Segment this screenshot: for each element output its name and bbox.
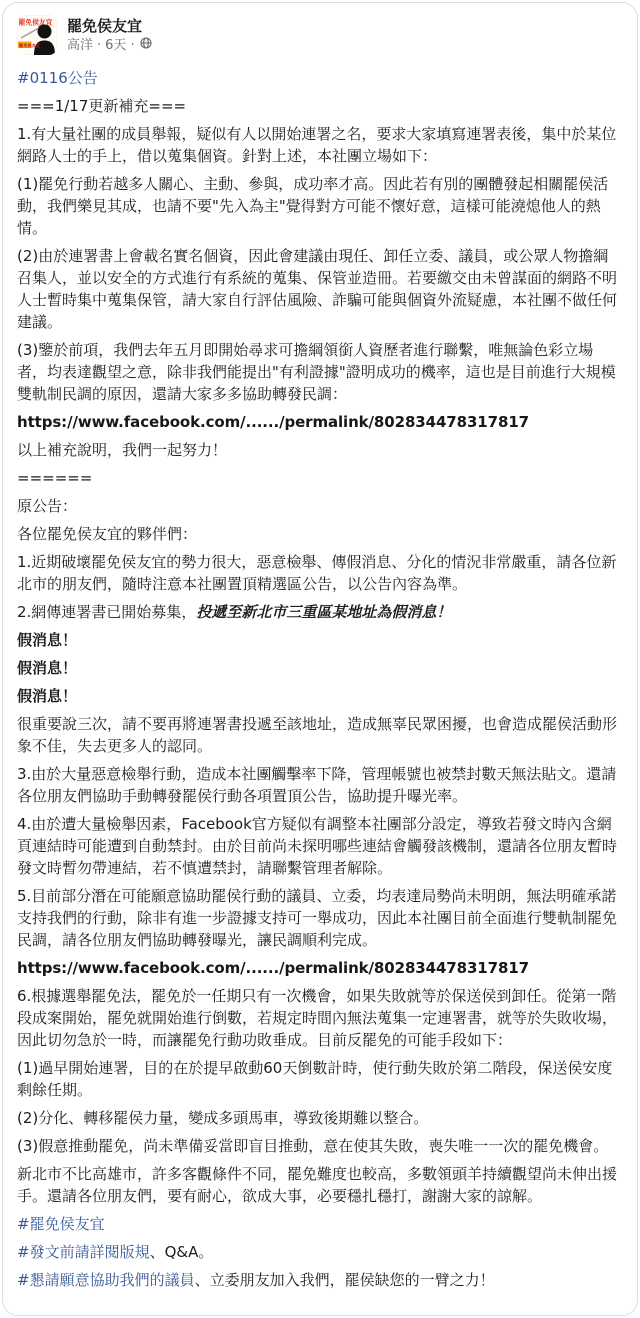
post-paragraph: (1)過早開始連署，目的在於提早啟動60天倒數計時，使行動失敗於第二階段，保送侯… [17,1057,623,1101]
post-paragraph: #0116公告 [17,67,623,89]
post-paragraph: #罷免侯友宜 [17,1213,623,1235]
post-timestamp[interactable]: 6天 [105,37,126,55]
text-segment: (3)假意推動罷免，尚未準備妥當即盲目推動，意在使其失敗，喪失唯一一次的罷免機會… [17,1137,608,1155]
poster-name[interactable]: 高洋 [67,37,93,55]
avatar-banner-text: 罷免侯友宜 [19,42,41,49]
hashtag-link[interactable]: #發文前請詳閱版規 [17,1243,150,1261]
text-segment: 2.網傳連署書已開始募集， [17,603,196,621]
text-segment: (2)分化、轉移罷侯力量，變成多頭馬車，導致後期難以整合。 [17,1109,428,1127]
post-paragraph: (1)罷免行動若越多人關心、主動、參與，成功率才高。因此若有別的團體發起相關罷侯… [17,173,623,239]
post-header: 罷免侯友宜 罷免侯友宜 罷免侯友宜 高洋 · 6天 · [17,15,623,55]
text-segment: ====== [17,469,92,487]
hashtag-link[interactable]: #0116公告 [17,69,98,87]
page-avatar[interactable]: 罷免侯友宜 罷免侯友宜 [17,15,57,55]
post-paragraph: 3.由於大量惡意檢舉行動，造成本社團觸擊率下降，管理帳號也被禁封數天無法貼文。還… [17,763,623,807]
text-segment: (1)過早開始連署，目的在於提早啟動60天倒數計時，使行動失敗於第二階段，保送侯… [17,1059,612,1099]
text-segment: ===1/17更新補充=== [17,97,186,115]
text-segment: 假消息！ [17,631,77,649]
post-paragraph: (2)分化、轉移罷侯力量，變成多頭馬車，導致後期難以整合。 [17,1107,623,1129]
post-paragraph: https://www.facebook.com/....../permalin… [17,411,623,433]
text-segment: (3)鑒於前項，我們去年五月即開始尋求可擔綱領銜人資歷者進行聯繫，唯無論色彩立場… [17,341,616,403]
post-paragraph: 2.網傳連署書已開始募集，投遞至新北市三重區某地址為假消息！ [17,601,623,623]
hashtag-link[interactable]: #罷免侯友宜 [17,1215,105,1233]
post-paragraph: 6.根據選舉罷免法，罷免於一任期只有一次機會，如果失敗就等於保送侯到卸任。從第一… [17,985,623,1051]
post-paragraph: ====== [17,467,623,489]
text-segment: 投遞至新北市三重區某地址為假消息！ [196,603,451,621]
post-meta-line: 高洋 · 6天 · [67,37,152,55]
permalink-text: https://www.facebook.com/....../permalin… [17,413,529,431]
post-paragraph: 4.由於遭大量檢舉因素，Facebook官方疑似有調整本社團部分設定，導致若發文… [17,813,623,879]
post-paragraph: 新北市不比高雄市，許多客觀條件不同，罷免難度也較高，多數領頭羊持續觀望尚未伸出援… [17,1163,623,1207]
post-paragraph: (2)由於連署書上會載名實名個資，因此會建議由現任、卸任立委、議員，或公眾人物擔… [17,245,623,333]
text-segment: 、立委朋友加入我們，罷侯缺您的一臂之力！ [195,1271,495,1289]
text-segment: 原公告： [17,497,77,515]
recall-hou-logo-icon: 罷免侯友宜 罷免侯友宜 [17,15,57,55]
text-segment: 以上補充說明，我們一起努力！ [17,441,227,459]
text-segment: 各位罷免侯友宜的夥伴們： [17,525,197,543]
post-paragraph: (3)假意推動罷免，尚未準備妥當即盲目推動，意在使其失敗，喪失唯一一次的罷免機會… [17,1135,623,1157]
post-paragraph: 很重要說三次，請不要再將連署書投遞至該地址，造成無辜民眾困擾，也會造成罷侯活動形… [17,713,623,757]
post-header-meta: 罷免侯友宜 高洋 · 6天 · [67,15,152,55]
post-paragraph: #懇請願意協助我們的議員、立委朋友加入我們，罷侯缺您的一臂之力！ [17,1269,623,1291]
text-segment: 4.由於遭大量檢舉因素，Facebook官方疑似有調整本社團部分設定，導致若發文… [17,815,617,877]
avatar-title-text: 罷免侯友宜 [19,18,53,27]
text-segment: 、Q&A。 [150,1243,214,1261]
post-paragraph: #發文前請詳閱版規、Q&A。 [17,1241,623,1263]
post-paragraph: 原公告： [17,495,623,517]
permalink-text: https://www.facebook.com/....../permalin… [17,959,529,977]
globe-icon [140,37,152,55]
text-segment: 5.目前部分潛在可能願意協助罷侯行動的議員、立委，均表達局勢尚未明朗，無法明確承… [17,887,617,949]
text-segment: 6.根據選舉罷免法，罷免於一任期只有一次機會，如果失敗就等於保送侯到卸任。從第一… [17,987,617,1049]
post-paragraph: 5.目前部分潛在可能願意協助罷侯行動的議員、立委，均表達局勢尚未明朗，無法明確承… [17,885,623,951]
text-segment: 1.近期破壞罷免侯友宜的勢力很大，惡意檢舉、傳假消息、分化的情況非常嚴重，請各位… [17,553,616,593]
text-segment: 3.由於大量惡意檢舉行動，造成本社團觸擊率下降，管理帳號也被禁封數天無法貼文。還… [17,765,616,805]
text-segment: 假消息！ [17,687,77,705]
page-name-link[interactable]: 罷免侯友宜 [67,16,152,36]
meta-separator: · [129,37,135,55]
post-paragraph: 假消息！ [17,685,623,707]
text-segment: 1.有大量社團的成員舉報，疑似有人以開始連署之名，要求大家填寫連署表後，集中於某… [17,125,616,165]
post-card: 罷免侯友宜 罷免侯友宜 罷免侯友宜 高洋 · 6天 · [2,2,638,1316]
text-segment: (2)由於連署書上會載名實名個資，因此會建議由現任、卸任立委、議員，或公眾人物擔… [17,247,617,331]
post-paragraph: 1.近期破壞罷免侯友宜的勢力很大，惡意檢舉、傳假消息、分化的情況非常嚴重，請各位… [17,551,623,595]
post-paragraph: 各位罷免侯友宜的夥伴們： [17,523,623,545]
meta-separator: · [96,37,102,55]
post-paragraph: ===1/17更新補充=== [17,95,623,117]
hashtag-link[interactable]: #懇請願意協助我們的議員 [17,1271,195,1289]
text-segment: 假消息！ [17,659,77,677]
text-segment: 很重要說三次，請不要再將連署書投遞至該地址，造成無辜民眾困擾，也會造成罷侯活動形… [17,715,617,755]
post-paragraph: https://www.facebook.com/....../permalin… [17,957,623,979]
post-body: #0116公告===1/17更新補充===1.有大量社團的成員舉報，疑似有人以開… [17,67,623,1291]
post-paragraph: 假消息！ [17,657,623,679]
post-paragraph: 以上補充說明，我們一起努力！ [17,439,623,461]
post-paragraph: (3)鑒於前項，我們去年五月即開始尋求可擔綱領銜人資歷者進行聯繫，唯無論色彩立場… [17,339,623,405]
post-paragraph: 假消息！ [17,629,623,651]
text-segment: (1)罷免行動若越多人關心、主動、參與，成功率才高。因此若有別的團體發起相關罷侯… [17,175,608,237]
text-segment: 新北市不比高雄市，許多客觀條件不同，罷免難度也較高，多數領頭羊持續觀望尚未伸出援… [17,1165,617,1205]
post-paragraph: 1.有大量社團的成員舉報，疑似有人以開始連署之名，要求大家填寫連署表後，集中於某… [17,123,623,167]
